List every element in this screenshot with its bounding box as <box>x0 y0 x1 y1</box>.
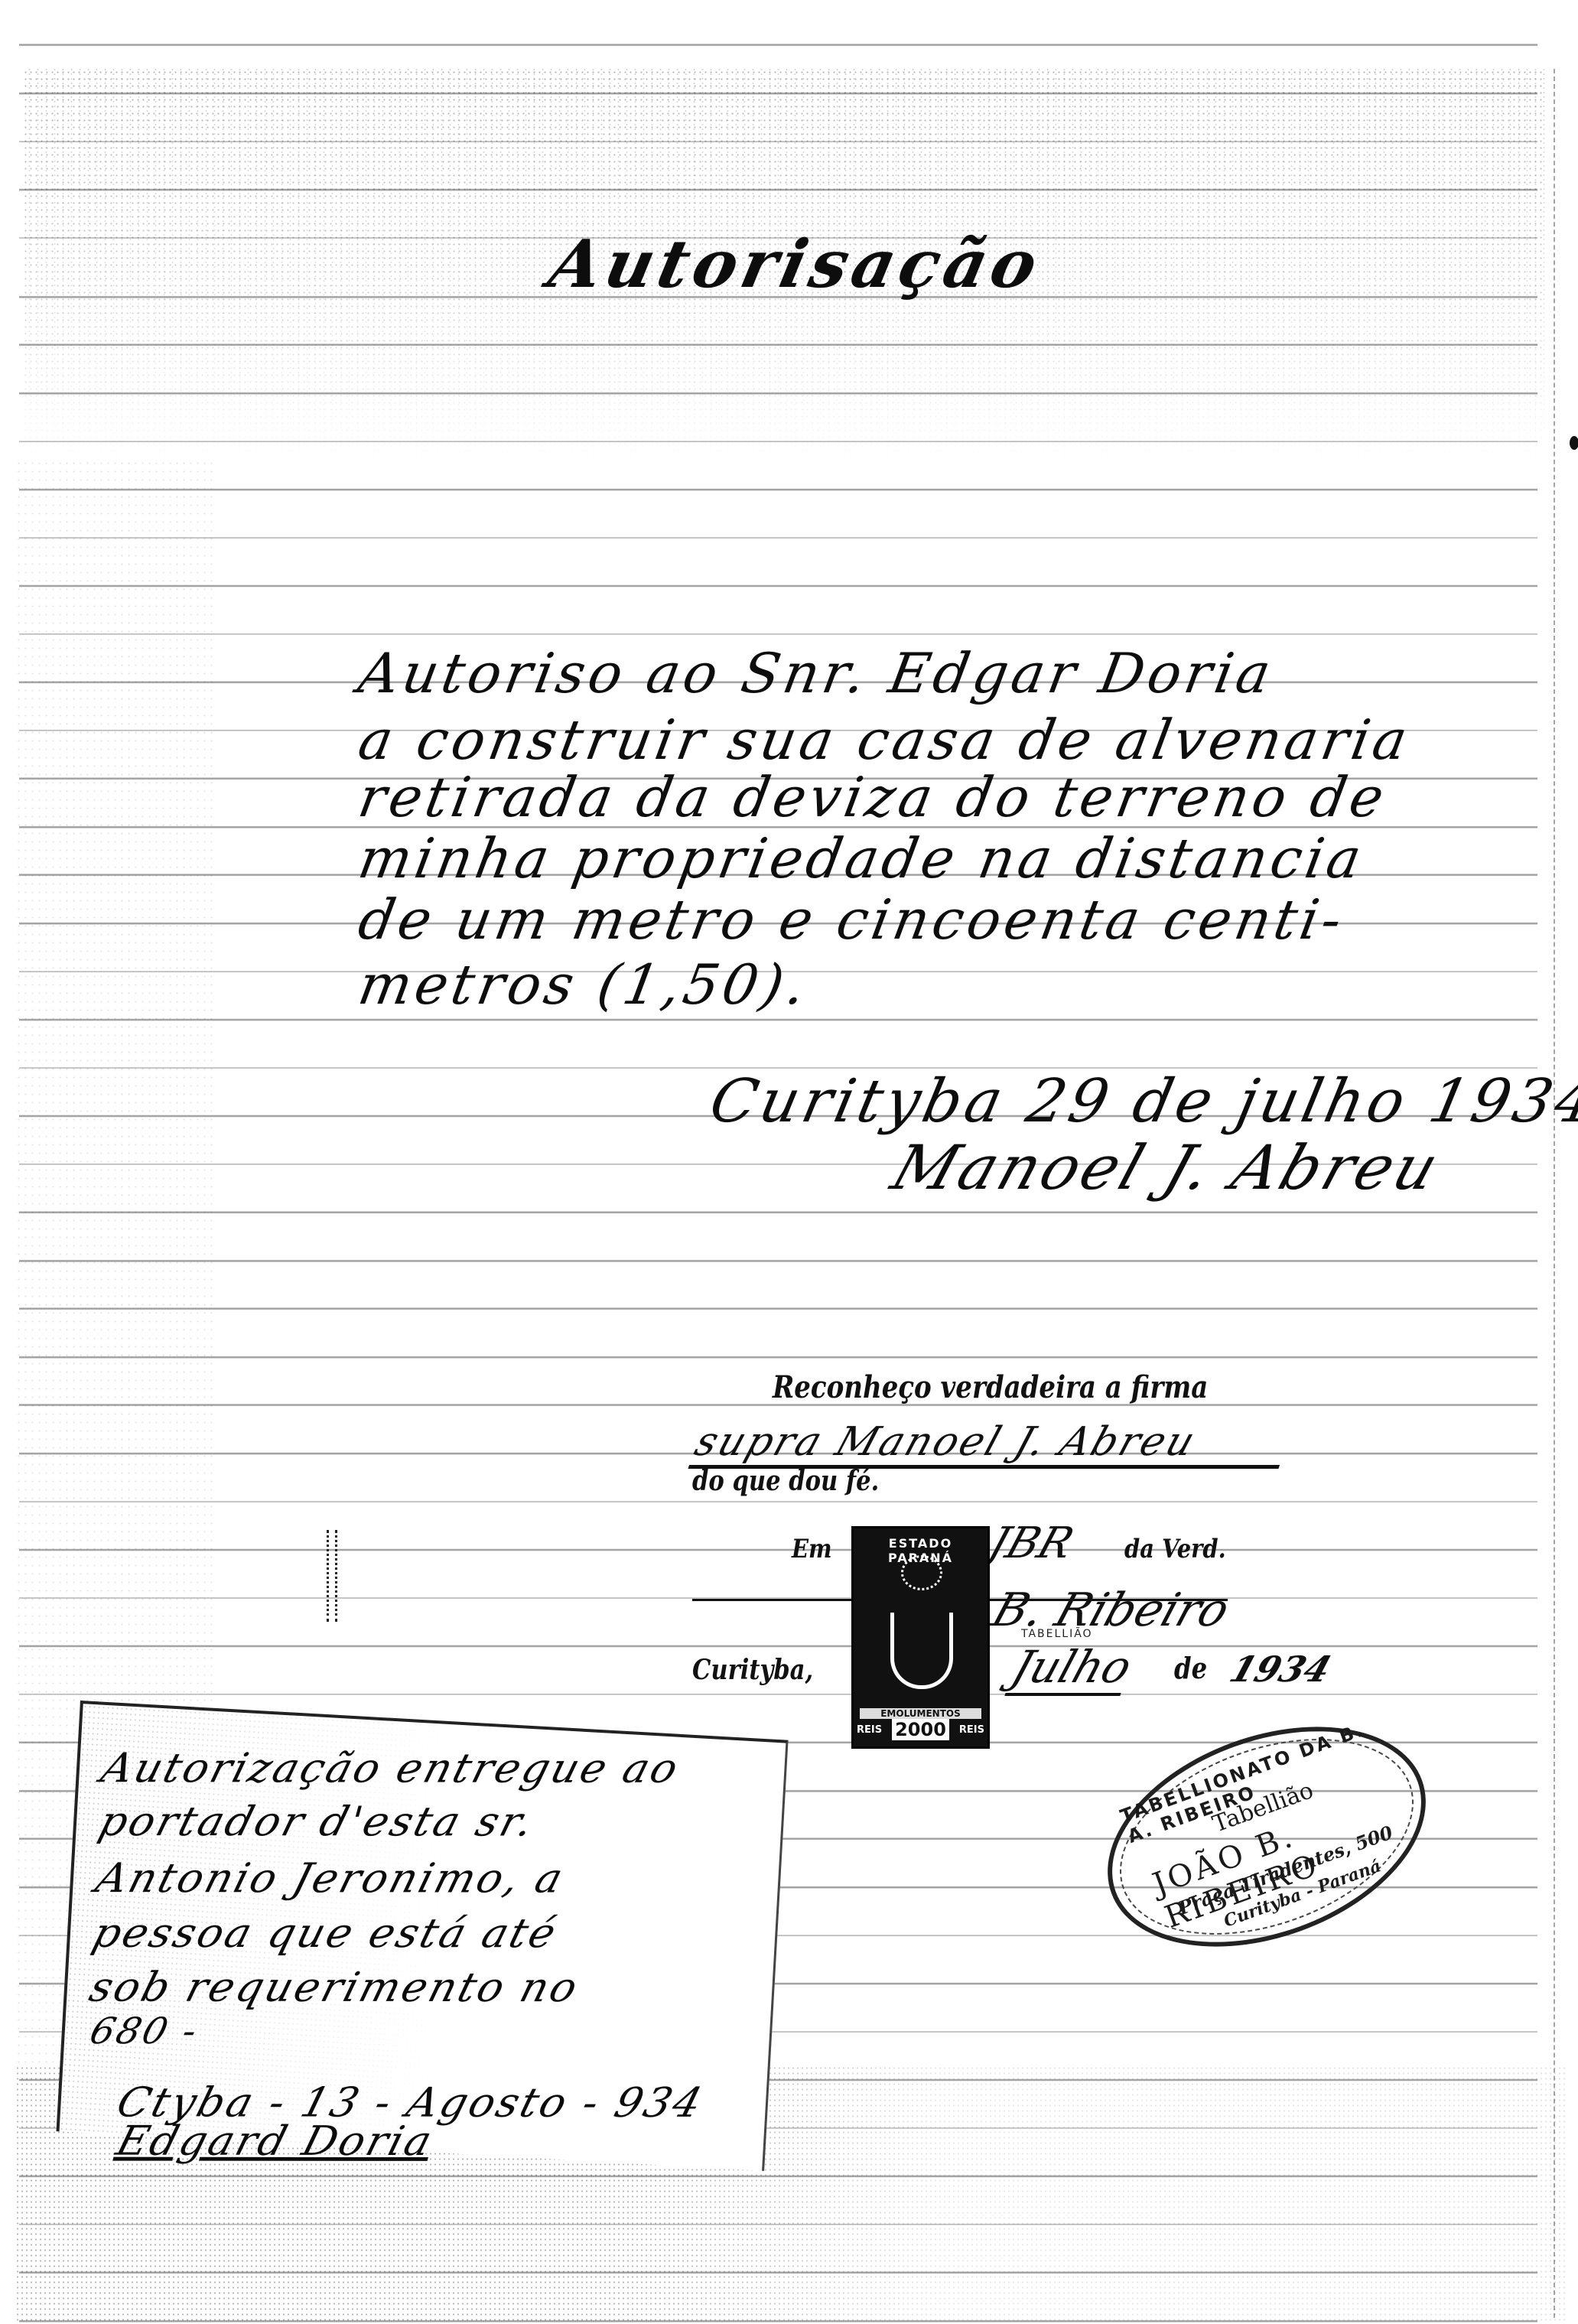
document-title: Autorisação <box>542 226 1048 303</box>
note-signature: Edgard Doria <box>112 2117 439 2164</box>
body-line: retirada da deviza do terreno de <box>354 765 1393 829</box>
note-line: 680 - <box>85 2010 203 2052</box>
note-signature-text: Edgard Doria <box>112 2117 439 2164</box>
body-line: de um metro e cincoenta centi- <box>354 887 1351 952</box>
notary-month: Julho <box>1004 1641 1138 1696</box>
year-prefix: de <box>1174 1651 1207 1685</box>
scanned-document-page: Autorisação Autoriso ao Snr. Edgar Doria… <box>0 0 1578 2324</box>
note-line: Antonio Jeronimo, a <box>91 1854 571 1902</box>
body-line: Autoriso ao Snr. Edgar Doria <box>354 641 1280 705</box>
revenue-stamp: ESTADO PARANÁ EMOLUMENTOS REIS 2000 REIS <box>851 1526 990 1749</box>
note-line: Autorização entregue ao <box>96 1744 685 1792</box>
margin-mark <box>327 1530 337 1622</box>
shield-icon <box>890 1613 953 1689</box>
author-signature: Manoel J. Abreu <box>883 1132 1450 1203</box>
place-and-date: Curityba 29 de julho 1934 <box>704 1067 1578 1136</box>
note-line: sob requerimento no <box>85 1963 585 2011</box>
coat-of-arms-icon <box>901 1555 942 1590</box>
attached-note-card: Autorização entregue ao portador d'esta … <box>57 1701 789 2171</box>
stamp-value: 2000 <box>892 1719 949 1740</box>
stamp-currency-right: REIS <box>959 1724 984 1736</box>
note-line: pessoa que está até <box>88 1909 564 1958</box>
recognition-heading: Reconheço verdadeira a firma <box>773 1369 1208 1405</box>
witness-suffix: da Verd. <box>1124 1534 1226 1564</box>
stamp-label: EMOLUMENTOS <box>860 1708 981 1719</box>
page-edge <box>1551 69 1555 2318</box>
ink-blot <box>1570 436 1578 450</box>
note-line: portador d'esta sr. <box>94 1798 541 1846</box>
stamp-currency-left: REIS <box>857 1724 882 1736</box>
notary-year: 1934 <box>1225 1649 1336 1690</box>
body-line: minha propriedade na distancia <box>354 826 1370 890</box>
notary-role-label: TABELLIÃO <box>1021 1628 1093 1640</box>
stamp-value-row: REIS 2000 REIS <box>857 1719 984 1740</box>
witness-prefix: Em <box>792 1534 832 1564</box>
closing-phrase: do que dou fé. <box>692 1465 879 1497</box>
body-line: metros (1,50). <box>354 952 815 1017</box>
city-prefix: Curityba, <box>692 1654 813 1686</box>
body-line: a construir sua casa de alvenaria <box>354 708 1416 772</box>
recognized-signature: supra Manoel J. Abreu <box>688 1419 1294 1469</box>
witness-initials: JBR <box>982 1518 1079 1568</box>
